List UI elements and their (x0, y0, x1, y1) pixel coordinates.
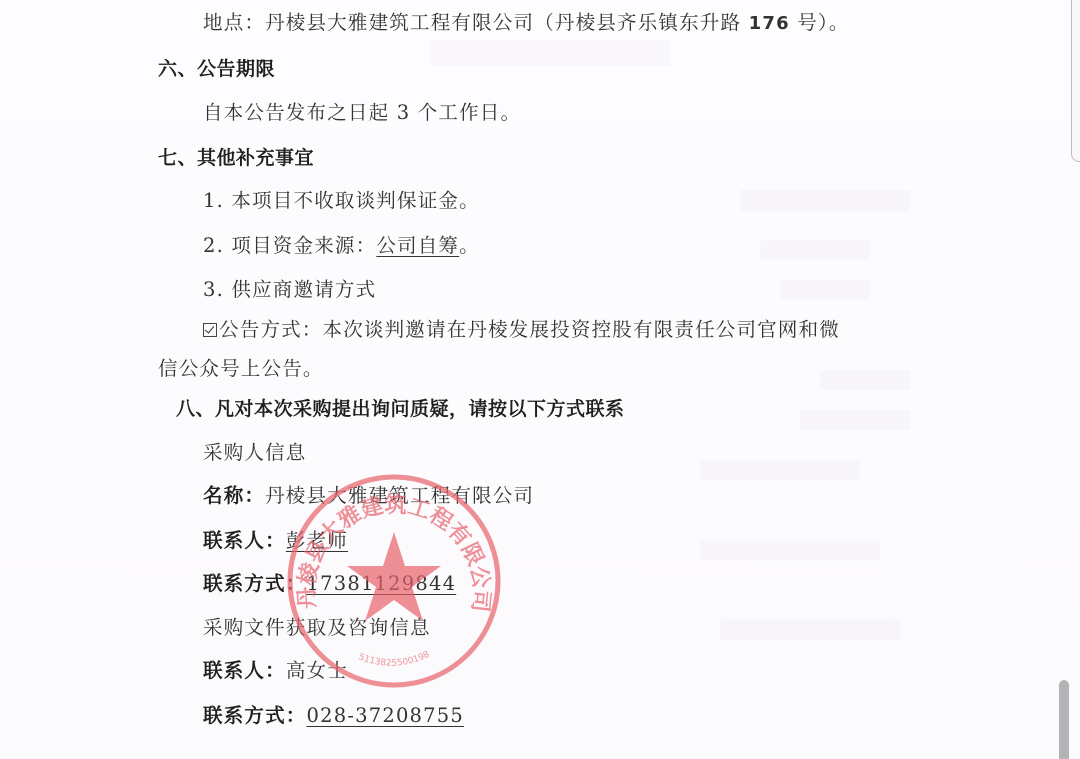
purchaser-name-value: 丹棱县大雅建筑工程有限公司 (265, 484, 534, 507)
background-ghost (700, 460, 860, 480)
section7-item-1: 1. 本项目不收取谈判保证金。 (203, 187, 480, 215)
purchaser-phone-label: 联系方式： (203, 572, 307, 595)
background-ghost (740, 190, 910, 212)
location-line: 地点：丹棱县大雅建筑工程有限公司（丹棱县齐乐镇东升路 176 号）。 (203, 9, 850, 38)
docs-phone-line: 联系方式：028-37208755 (203, 702, 464, 730)
vertical-scrollbar[interactable] (1066, 0, 1080, 759)
background-ghost (820, 370, 910, 390)
section8-heading: 八、凡对本次采购提出询问质疑，请按以下方式联系 (176, 395, 625, 423)
checked-box-icon (203, 323, 217, 337)
background-ghost (720, 620, 900, 640)
section6-heading: 六、公告期限 (158, 55, 275, 83)
background-ghost (780, 280, 870, 300)
section6-body: 自本公告发布之日起 3 个工作日。 (203, 99, 521, 127)
docs-contact-label: 联系人： (203, 659, 286, 682)
location-address-open: （丹棱县齐乐镇东升路 (534, 11, 748, 34)
location-label: 地点： (203, 11, 265, 34)
purchaser-contact-value: 彭老师 (286, 529, 348, 552)
purchaser-info-title: 采购人信息 (203, 439, 307, 467)
location-address-number: 176 (749, 13, 790, 34)
docs-contact-line: 联系人：高女士 (203, 657, 348, 685)
purchaser-name-label: 名称： (203, 484, 265, 507)
location-company: 丹棱县大雅建筑工程有限公司 (265, 11, 534, 34)
section7-item-3: 3. 供应商邀请方式 (203, 276, 376, 304)
document-page: 地点：丹棱县大雅建筑工程有限公司（丹棱县齐乐镇东升路 176 号）。 六、公告期… (0, 0, 1080, 759)
announcement-method-text: 公告方式：本次谈判邀请在丹棱发展投资控股有限责任公司官网和微 (219, 318, 840, 341)
background-ghost (800, 410, 910, 430)
announcement-method-line1: 公告方式：本次谈判邀请在丹棱发展投资控股有限责任公司官网和微 (203, 316, 840, 344)
purchaser-contact-line: 联系人：彭老师 (203, 527, 348, 555)
announcement-method-line2: 信公众号上公告。 (158, 355, 324, 383)
section7-heading: 七、其他补充事宜 (158, 144, 314, 172)
scrollbar-thumb[interactable] (1059, 680, 1069, 759)
docs-phone-value: 028-37208755 (307, 704, 464, 727)
background-ghost (430, 40, 670, 66)
funding-source-suffix: 。 (459, 234, 480, 257)
location-address-close: 号）。 (790, 11, 850, 34)
docs-contact-value: 高女士 (286, 659, 348, 682)
purchaser-phone-line: 联系方式：17381129844 (203, 570, 456, 598)
docs-info-title: 采购文件获取及咨询信息 (203, 614, 431, 642)
section7-item-2: 2. 项目资金来源：公司自筹。 (203, 232, 480, 260)
funding-source-value: 公司自筹 (376, 234, 459, 257)
background-ghost (760, 240, 870, 260)
funding-source-label: 2. 项目资金来源： (203, 234, 376, 257)
purchaser-contact-label: 联系人： (203, 529, 286, 552)
docs-phone-label: 联系方式： (203, 704, 307, 727)
purchaser-name-line: 名称：丹棱县大雅建筑工程有限公司 (203, 482, 534, 510)
svg-text:5113825500198: 5113825500198 (357, 650, 432, 669)
purchaser-phone-value: 17381129844 (307, 572, 457, 595)
background-ghost (700, 540, 880, 560)
